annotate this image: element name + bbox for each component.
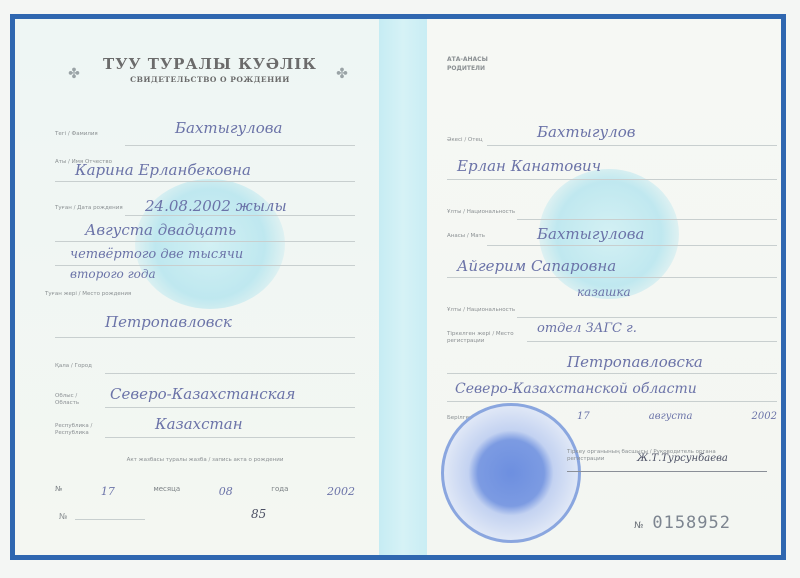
field-label: Қала / Город — [55, 363, 92, 370]
reg-day: 17 — [101, 485, 115, 498]
title-ru: СВИДЕТЕЛЬСТВО О РОЖДЕНИИ — [85, 75, 335, 84]
parents-header-kz: АТА-АНАСЫ — [447, 55, 488, 64]
ornament-right-icon: ✤ — [333, 67, 351, 81]
title-kz: ТУУ ТУРАЛЫ КУӘЛІК — [85, 55, 335, 73]
signature-line — [567, 471, 767, 472]
field-line — [447, 373, 777, 374]
serial-number: №0158952 — [634, 513, 731, 533]
field-line — [517, 317, 777, 318]
mother-surname: Бахтыгулова — [537, 225, 644, 243]
registration-office: отдел ЗАГС г. — [537, 321, 637, 336]
registration-region: Северо-Казахстанской области — [455, 381, 697, 397]
record-no-value: 85 — [251, 507, 266, 521]
country-value: Казахстан — [155, 415, 243, 433]
registration-line: № 17 месяца 08 года 2002 — [55, 485, 355, 498]
field-line — [55, 337, 355, 338]
field-line — [487, 245, 777, 246]
field-line — [55, 241, 355, 242]
name-value: Карина Ерланбековна — [75, 161, 251, 179]
certificate-title: ТУУ ТУРАЛЫ КУӘЛІК СВИДЕТЕЛЬСТВО О РОЖДЕН… — [85, 55, 335, 84]
field-label: Әкесі / Отец — [447, 137, 483, 144]
field-label: Республика / Республика — [55, 423, 105, 437]
reg-month-label: месяца — [153, 485, 180, 498]
field-label: Туған жері / Место рождения — [45, 291, 205, 298]
registration-city: Петропавловска — [567, 353, 703, 371]
field-label: Тегі / Фамилия — [55, 131, 98, 138]
serial-value: 0158952 — [652, 513, 731, 533]
certificate-frame: ✤ ✤ ТУУ ТУРАЛЫ КУӘЛІК СВИДЕТЕЛЬСТВО О РО… — [10, 14, 786, 560]
field-line — [517, 219, 777, 220]
birthdate-words-2: четвёртого две тысячи — [70, 247, 243, 262]
center-fold-stripe — [379, 19, 427, 555]
field-line — [447, 277, 777, 278]
reg-no-label: № — [55, 485, 62, 498]
field-line — [447, 401, 777, 402]
field-label: Анасы / Мать — [447, 233, 485, 240]
field-line — [55, 265, 355, 266]
reg-year-label: года — [271, 485, 288, 498]
birthdate-words-1: Августа двадцать — [85, 221, 236, 239]
issue-month: августа — [649, 411, 693, 422]
parents-header-ru: РОДИТЕЛИ — [447, 64, 488, 73]
mother-nationality: казашка — [577, 285, 631, 299]
field-label: Облыс / Область — [55, 393, 95, 407]
field-line — [125, 215, 355, 216]
field-line — [447, 179, 777, 180]
field-label: Ұлты / Национальность — [447, 307, 515, 314]
field-label: Ұлты / Национальность — [447, 209, 515, 216]
record-no-label: № — [59, 513, 67, 520]
issue-year: 2002 — [752, 411, 777, 422]
field-label: Тіркелген жері / Место регистрации — [447, 331, 527, 345]
reg-year: 2002 — [327, 485, 355, 498]
field-line — [105, 373, 355, 374]
field-line — [527, 341, 777, 342]
issue-day: 17 — [577, 411, 590, 422]
field-line — [75, 519, 145, 520]
issue-date: 17 августа 2002 — [577, 411, 777, 422]
parents-header: АТА-АНАСЫ РОДИТЕЛИ — [447, 55, 488, 73]
right-page: АТА-АНАСЫ РОДИТЕЛИ Әкесі / Отец Бахтыгул… — [427, 19, 781, 555]
father-surname: Бахтыгулов — [537, 123, 635, 141]
left-page: ✤ ✤ ТУУ ТУРАЛЫ КУӘЛІК СВИДЕТЕЛЬСТВО О РО… — [15, 19, 379, 555]
field-line — [487, 145, 777, 146]
field-label: Туған / Дата рождения — [55, 205, 123, 212]
registration-note: Акт жазбасы туралы жазба / запись акта о… — [75, 457, 335, 464]
signature: Ж.Т.Турсунбаева — [637, 453, 728, 464]
father-name: Ерлан Канатович — [457, 157, 601, 175]
official-seal-stamp — [441, 403, 581, 543]
ornament-left-icon: ✤ — [65, 67, 83, 81]
serial-prefix: № — [634, 521, 644, 531]
field-line — [105, 407, 355, 408]
birthdate-value: 24.08.2002 жылы — [145, 197, 287, 215]
field-line — [55, 181, 355, 182]
surname-value: Бахтыгулова — [175, 119, 282, 137]
mother-name: Айгерим Сапаровна — [457, 257, 616, 275]
field-line — [105, 437, 355, 438]
field-line — [125, 145, 355, 146]
birthdate-words-3: второго года — [70, 267, 156, 281]
region-value: Северо-Казахстанская — [110, 385, 295, 403]
reg-month: 08 — [219, 485, 233, 498]
birthplace-value: Петропавловск — [105, 313, 232, 331]
